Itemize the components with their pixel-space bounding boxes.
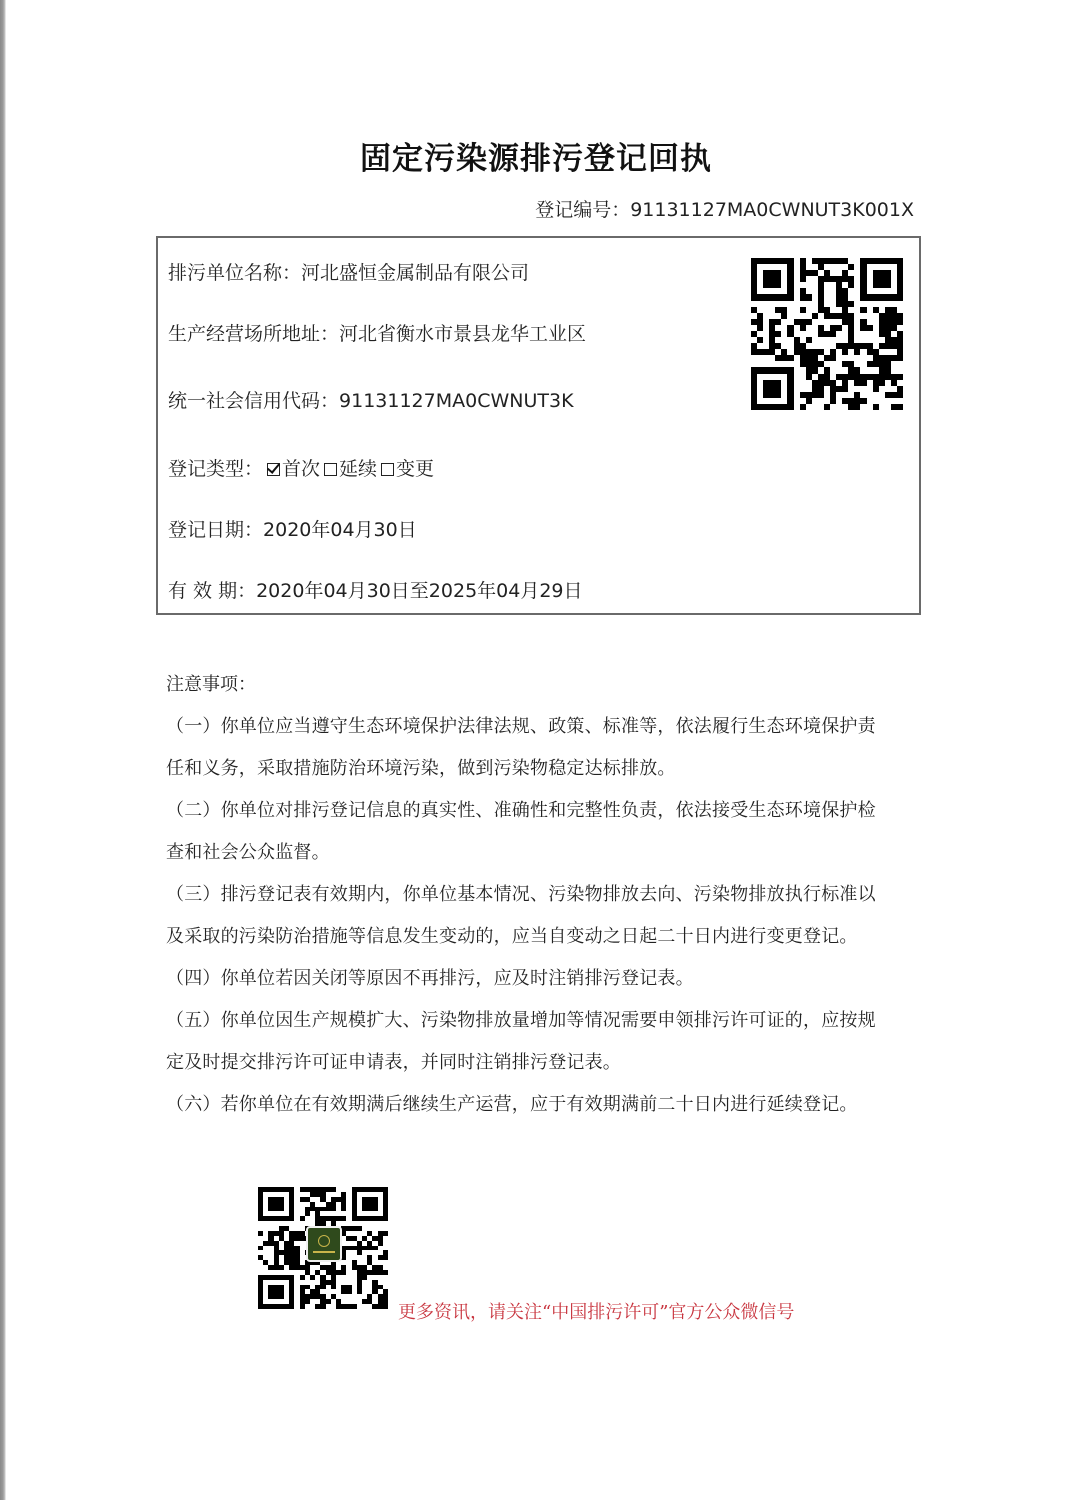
emblem-icon xyxy=(318,1235,330,1247)
unit-name-label: 排污单位名称： xyxy=(168,262,301,284)
registration-number-label: 登记编号： xyxy=(535,199,630,221)
page-edge-shadow xyxy=(0,0,6,1500)
validity-value: 2020年04月30日至2025年04月29日 xyxy=(256,580,582,602)
registration-date-value: 2020年04月30日 xyxy=(263,519,417,541)
notes-heading: 注意事项： xyxy=(166,670,256,696)
note-line: （四）你单位若因关闭等原因不再排污，应及时注销排污登记表。 xyxy=(166,964,694,990)
note-line: 及采取的污染防治措施等信息发生变动的，应当自变动之日起二十日内进行变更登记。 xyxy=(166,922,858,948)
note-line: （二）你单位对排污登记信息的真实性、准确性和完整性负责，依法接受生态环境保护检 xyxy=(166,796,876,822)
logo-text-bar xyxy=(313,1251,335,1253)
note-line: 任和义务，采取措施防治环境污染，做到污染物稳定达标排放。 xyxy=(166,754,676,780)
official-account-logo-icon xyxy=(306,1226,342,1262)
registration-type-label: 登记类型： xyxy=(168,458,263,480)
registration-number: 登记编号：91131127MA0CWNUT3K001X xyxy=(535,195,914,222)
option-first-time: 首次 xyxy=(282,458,320,480)
unit-name-value: 河北盛恒金属制品有限公司 xyxy=(301,262,529,284)
registration-date-label: 登记日期： xyxy=(168,519,263,541)
option-renewal: 延续 xyxy=(339,458,377,480)
address-value: 河北省衡水市景县龙华工业区 xyxy=(339,323,586,345)
footer-follow-text: 更多资讯，请关注“中国排污许可”官方公众微信号 xyxy=(398,1298,794,1324)
qr-code-icon xyxy=(751,258,903,410)
note-line: 查和社会公众监督。 xyxy=(166,838,330,864)
address-field: 生产经营场所地址：河北省衡水市景县龙华工业区 xyxy=(168,319,586,346)
registration-date-field: 登记日期：2020年04月30日 xyxy=(168,515,417,542)
credit-code-field: 统一社会信用代码：91131127MA0CWNUT3K xyxy=(168,386,574,413)
validity-label: 有 效 期： xyxy=(168,580,256,602)
document-title: 固定污染源排污登记回执 xyxy=(0,133,1072,178)
registration-number-value: 91131127MA0CWNUT3K001X xyxy=(630,199,914,221)
address-label: 生产经营场所地址： xyxy=(168,323,339,345)
checkbox-first-time-icon xyxy=(267,463,280,476)
credit-code-label: 统一社会信用代码： xyxy=(168,390,339,412)
checkbox-renewal-icon xyxy=(324,463,337,476)
credit-code-value: 91131127MA0CWNUT3K xyxy=(339,390,574,412)
note-line: （一）你单位应当遵守生态环境保护法律法规、政策、标准等，依法履行生态环境保护责 xyxy=(166,712,876,738)
note-line: 定及时提交排污许可证申请表，并同时注销排污登记表。 xyxy=(166,1048,621,1074)
checkbox-change-icon xyxy=(381,463,394,476)
note-line: （五）你单位因生产规模扩大、污染物排放量增加等情况需要申领排污许可证的，应按规 xyxy=(166,1006,876,1032)
note-line: （六）若你单位在有效期满后继续生产运营，应于有效期满前二十日内进行延续登记。 xyxy=(166,1090,858,1116)
registration-type-field: 登记类型：首次延续变更 xyxy=(168,454,434,481)
option-change: 变更 xyxy=(396,458,434,480)
validity-field: 有 效 期：2020年04月30日至2025年04月29日 xyxy=(168,576,583,603)
note-line: （三）排污登记表有效期内，你单位基本情况、污染物排放去向、污染物排放执行标准以 xyxy=(166,880,876,906)
unit-name-field: 排污单位名称：河北盛恒金属制品有限公司 xyxy=(168,258,529,285)
